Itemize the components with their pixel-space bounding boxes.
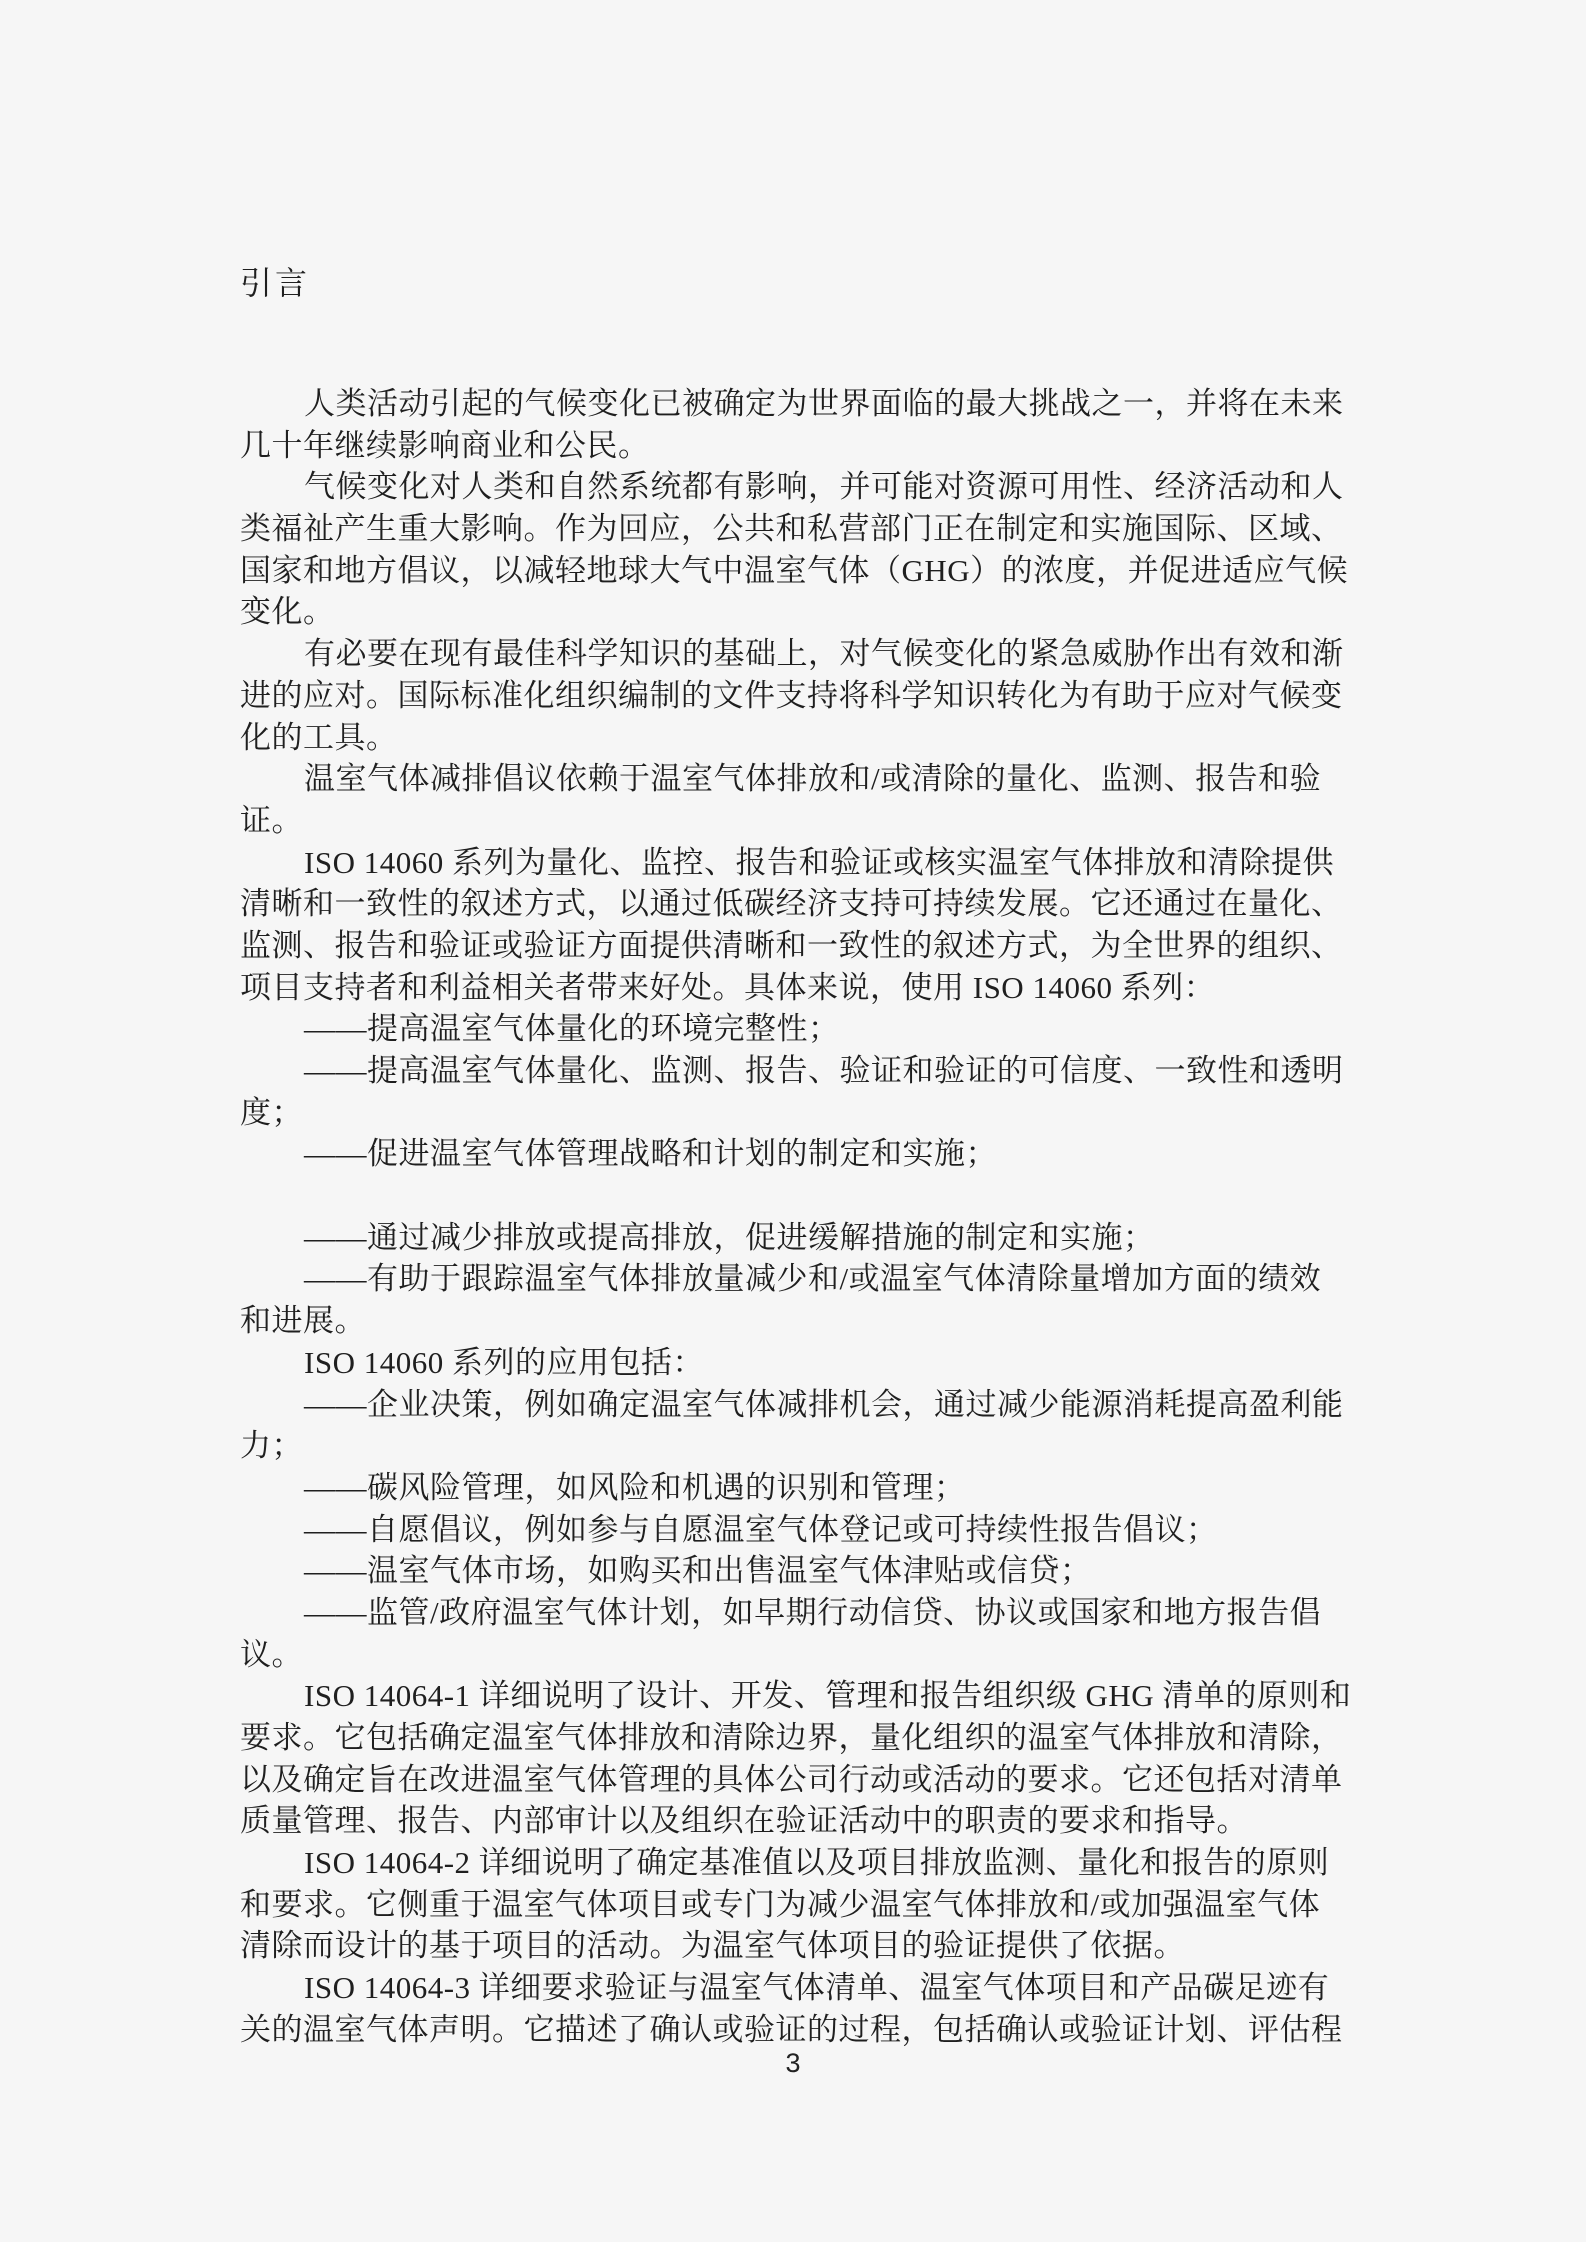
text-line: ISO 14060 系列的应用包括： (240, 1342, 1346, 1384)
text-line: ——自愿倡议，例如参与自愿温室气体登记或可持续性报告倡议； (240, 1509, 1346, 1551)
text-line: ——提高温室气体量化的环境完整性； (240, 1008, 1346, 1050)
text-line: 气候变化对人类和自然系统都有影响，并可能对资源可用性、经济活动和人 (240, 466, 1346, 508)
section-heading: 引言 (240, 265, 310, 301)
text-line: 议。 (240, 1634, 1346, 1676)
text-line: 项目支持者和利益相关者带来好处。具体来说，使用 ISO 14060 系列： (240, 967, 1346, 1009)
text-line: 和要求。它侧重于温室气体项目或专门为减少温室气体排放和/或加强温室气体 (240, 1884, 1346, 1926)
text-line: 力； (240, 1425, 1346, 1467)
text-line: ——促进温室气体管理战略和计划的制定和实施； (240, 1133, 1346, 1175)
text-line: 类福祉产生重大影响。作为回应，公共和私营部门正在制定和实施国际、区域、 (240, 508, 1346, 550)
text-line: ——有助于跟踪温室气体排放量减少和/或温室气体清除量增加方面的绩效 (240, 1258, 1346, 1300)
text-line: 化的工具。 (240, 717, 1346, 759)
text-line: 以及确定旨在改进温室气体管理的具体公司行动或活动的要求。它还包括对清单 (240, 1759, 1346, 1801)
text-line (240, 1175, 1346, 1217)
text-line: 和进展。 (240, 1300, 1346, 1342)
document-page: 引言 人类活动引起的气候变化已被确定为世界面临的最大挑战之一，并将在未来几十年继… (0, 0, 1586, 2242)
text-line: 关的温室气体声明。它描述了确认或验证的过程，包括确认或验证计划、评估程 (240, 2009, 1346, 2051)
text-line: ISO 14060 系列为量化、监控、报告和验证或核实温室气体排放和清除提供 (240, 842, 1346, 884)
text-line: 度； (240, 1092, 1346, 1134)
text-line: 变化。 (240, 591, 1346, 633)
text-line: ISO 14064-2 详细说明了确定基准值以及项目排放监测、量化和报告的原则 (240, 1842, 1346, 1884)
text-line: ——通过减少排放或提高排放，促进缓解措施的制定和实施； (240, 1217, 1346, 1259)
text-line: 人类活动引起的气候变化已被确定为世界面临的最大挑战之一，并将在未来 (240, 383, 1346, 425)
text-line: ——监管/政府温室气体计划，如早期行动信贷、协议或国家和地方报告倡 (240, 1592, 1346, 1634)
text-line: 要求。它包括确定温室气体排放和清除边界，量化组织的温室气体排放和清除， (240, 1717, 1346, 1759)
text-line: 有必要在现有最佳科学知识的基础上，对气候变化的紧急威胁作出有效和渐 (240, 633, 1346, 675)
page-number: 3 (0, 2048, 1586, 2079)
text-line: 质量管理、报告、内部审计以及组织在验证活动中的职责的要求和指导。 (240, 1800, 1346, 1842)
text-line: 监测、报告和验证或验证方面提供清晰和一致性的叙述方式，为全世界的组织、 (240, 925, 1346, 967)
text-line: ISO 14064-3 详细要求验证与温室气体清单、温室气体项目和产品碳足迹有 (240, 1967, 1346, 2009)
text-line: ——企业决策，例如确定温室气体减排机会，通过减少能源消耗提高盈利能 (240, 1384, 1346, 1426)
text-line: ——温室气体市场，如购买和出售温室气体津贴或信贷； (240, 1550, 1346, 1592)
text-line: 进的应对。国际标准化组织编制的文件支持将科学知识转化为有助于应对气候变 (240, 675, 1346, 717)
text-line: ——提高温室气体量化、监测、报告、验证和验证的可信度、一致性和透明 (240, 1050, 1346, 1092)
text-line: ISO 14064-1 详细说明了设计、开发、管理和报告组织级 GHG 清单的原… (240, 1675, 1346, 1717)
text-line: ——碳风险管理，如风险和机遇的识别和管理； (240, 1467, 1346, 1509)
text-line: 几十年继续影响商业和公民。 (240, 425, 1346, 467)
text-line: 清除而设计的基于项目的活动。为温室气体项目的验证提供了依据。 (240, 1925, 1346, 1967)
body-text: 人类活动引起的气候变化已被确定为世界面临的最大挑战之一，并将在未来几十年继续影响… (240, 383, 1346, 2051)
text-line: 国家和地方倡议，以减轻地球大气中温室气体（GHG）的浓度，并促进适应气候 (240, 550, 1346, 592)
text-line: 温室气体减排倡议依赖于温室气体排放和/或清除的量化、监测、报告和验 (240, 758, 1346, 800)
text-line: 清晰和一致性的叙述方式，以通过低碳经济支持可持续发展。它还通过在量化、 (240, 883, 1346, 925)
text-line: 证。 (240, 800, 1346, 842)
